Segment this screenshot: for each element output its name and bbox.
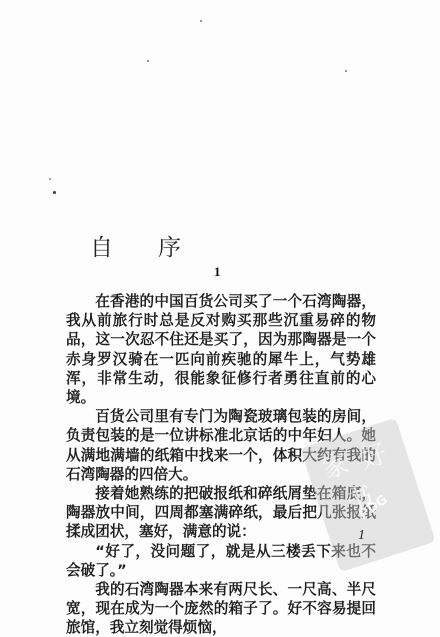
title-char-1: 自 [90,229,113,262]
title-char-2: 序 [158,229,181,262]
scan-speck [53,191,56,194]
scan-speck [200,20,202,22]
paragraph: 我的石湾陶器本来有两尺长、一尺高、半尺宽，现在成为一个庞然的箱子了。好不容易提回… [66,580,376,637]
scan-speck [49,178,51,180]
paragraph: “好了，没问题了，就是从三楼丢下来也不会破了。” [66,542,376,580]
document-page: 自 序 1 在香港的中国百货公司买了一个石湾陶器，我从前旅行时总是反对购买那些沉… [0,0,440,637]
section-number: 1 [214,264,221,280]
paragraph: 在香港的中国百货公司买了一个石湾陶器，我从前旅行时总是反对购买那些沉重易碎的物品… [66,292,376,407]
page-number: 1 [358,528,365,544]
scan-speck [147,60,149,62]
scan-speck [345,70,347,72]
